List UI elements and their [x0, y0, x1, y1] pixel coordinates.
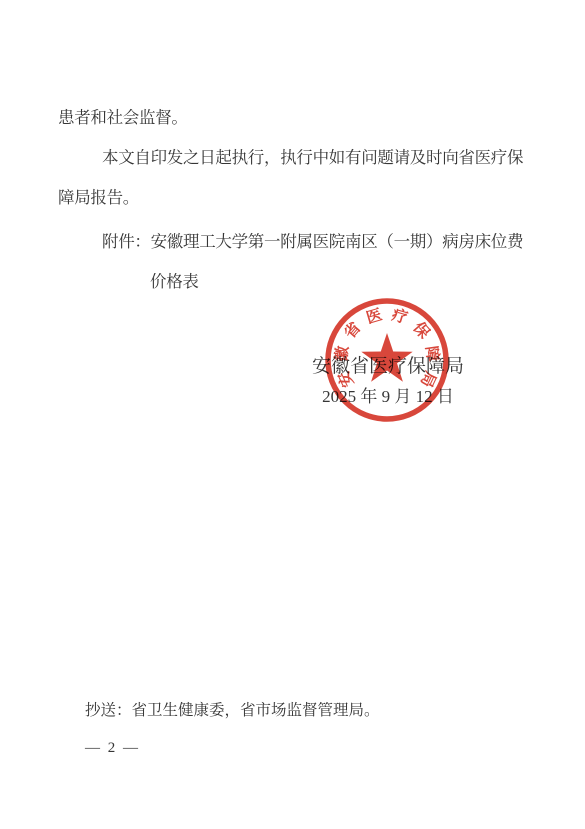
attachment-line: 附件：安徽理工大学第一附属医院南区（一期）病房床位费: [102, 222, 542, 262]
body-text-line: 本文自印发之日起执行，执行中如有问题请及时向省医疗保: [58, 138, 528, 178]
body-text-block: 患者和社会监督。本文自印发之日起执行，执行中如有问题请及时向省医疗保障局报告。: [58, 98, 528, 218]
seal-arc-char: 医: [364, 305, 384, 327]
signature-block: 安徽省医疗保障局 2025 年 9 月 12 日: [295, 352, 481, 412]
copy-to-line: 抄送：省卫生健康委，省市场监督管理局。: [85, 701, 380, 721]
attachment-line: 价格表: [102, 262, 542, 302]
page-number: — 2 —: [85, 738, 140, 758]
issuing-authority: 安徽省医疗保障局: [295, 352, 481, 382]
issue-date: 2025 年 9 月 12 日: [295, 382, 481, 412]
document-page: 患者和社会监督。本文自印发之日起执行，执行中如有问题请及时向省医疗保障局报告。 …: [0, 0, 585, 829]
seal-arc-char: 省: [341, 318, 365, 342]
body-text-line: 患者和社会监督。: [58, 98, 528, 138]
attachment-block: 附件：安徽理工大学第一附属医院南区（一期）病房床位费价格表: [102, 222, 542, 302]
seal-arc-char: 疗: [389, 304, 411, 327]
seal-arc-char: 保: [410, 318, 435, 343]
body-text-line: 障局报告。: [58, 178, 528, 218]
